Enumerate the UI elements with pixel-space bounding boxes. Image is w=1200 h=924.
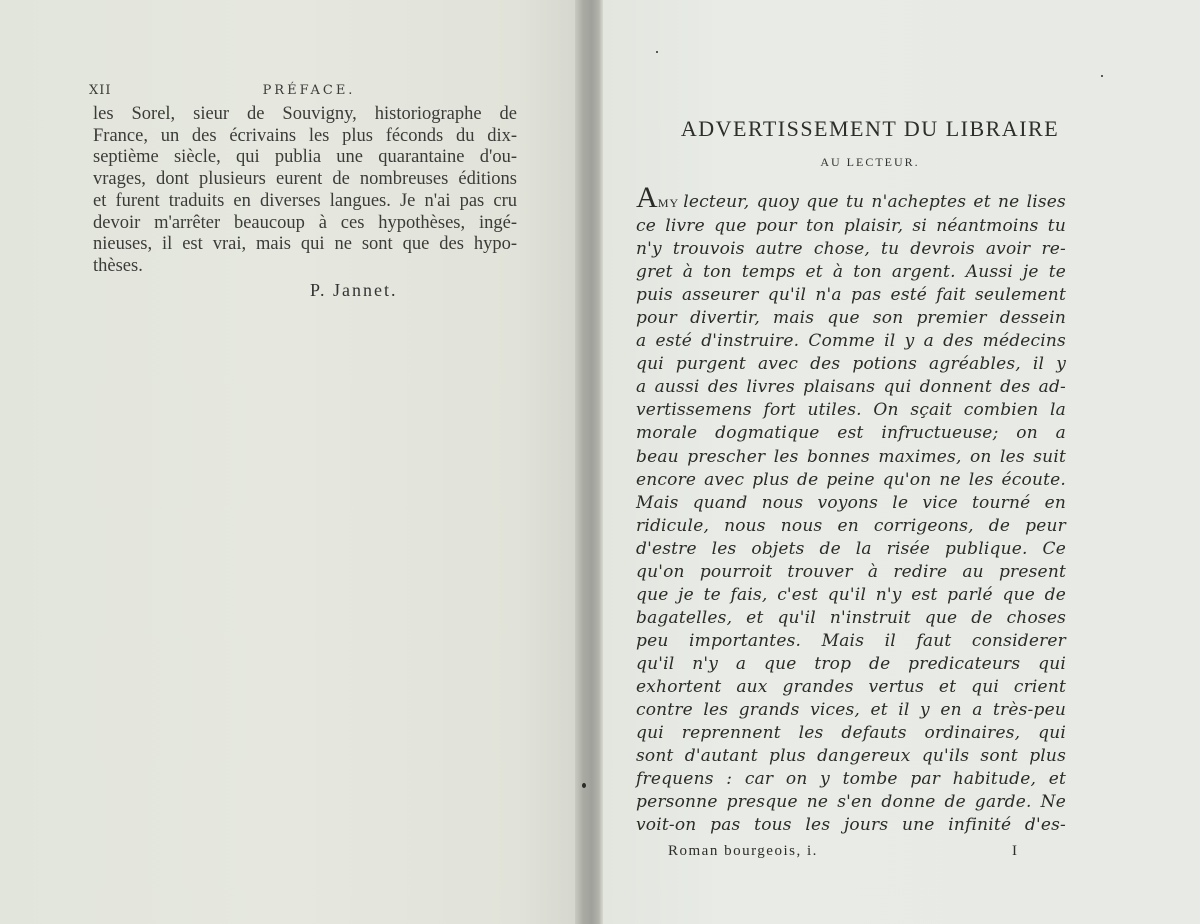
text-line: vertissemens fort utiles. On sçait combi…: [636, 399, 1066, 422]
text-line: vrages, dont plusieurs eurent de nombreu…: [93, 169, 517, 191]
text-line: a aussi des livres plaisans qui donnent …: [636, 376, 1066, 399]
text-line: n'y trouvois autre chose, tu devrois avo…: [636, 238, 1066, 261]
text-line: personne presque ne s'en donne de garde.…: [636, 791, 1066, 814]
preface-signature: P. Jannet.: [310, 280, 398, 301]
drop-cap: A: [636, 181, 658, 214]
paper-speck: [656, 51, 658, 53]
text-line: exhortent aux grandes vertus et qui crie…: [636, 676, 1066, 699]
running-head: XII PRÉFACE.: [89, 83, 529, 105]
text-line: frequens : car on y tombe par habitude, …: [636, 768, 1066, 791]
drop-cap-smallcaps: MY: [658, 196, 679, 210]
text-line: et furent traduits en diverses langues. …: [93, 191, 517, 213]
text-line: encore avec plus de peine qu'on ne les é…: [636, 469, 1066, 492]
running-head-title: PRÉFACE.: [89, 83, 529, 98]
book-spread: XII PRÉFACE. les Sorel, sieur de Souvign…: [0, 0, 1200, 924]
first-line-text: lecteur, quoy que tu n'achеptes et ne li…: [683, 192, 1066, 212]
text-line: peu importantes. Mais il faut considerer: [636, 630, 1066, 653]
text-line: qui purgent avec des potions agréables, …: [636, 353, 1066, 376]
text-line: gret à ton temps et à ton argent. Aussi …: [636, 261, 1066, 284]
paper-speck: [582, 783, 586, 788]
book-gutter: [575, 0, 603, 924]
text-line: bagatelles, et qu'il n'instruit que de c…: [636, 607, 1066, 630]
left-page-body: les Sorel, sieur de Souvigny, historiogr…: [93, 104, 517, 278]
paper-speck: [1101, 75, 1103, 77]
text-line: nieuses, il est vrai, mais qui ne sont q…: [93, 234, 517, 256]
signature-mark-number: I: [1012, 843, 1017, 860]
text-line: sont d'autant plus dangereux qu'ils sont…: [636, 745, 1066, 768]
text-line: voit-on pas tous les jours une infinité …: [636, 814, 1066, 837]
text-line-first: AMYlecteur, quoy que tu n'achеptes et ne…: [636, 188, 1066, 215]
text-line: thèses.: [93, 256, 517, 278]
chapter-title: ADVERTISSEMENT DU LIBRAIRE: [640, 116, 1100, 142]
text-line: pour divertir, mais que son premier dess…: [636, 307, 1066, 330]
text-line: devoir m'arrêter beaucoup à ces hypothès…: [93, 213, 517, 235]
text-line: morale dogmatique est infructueuse; on a: [636, 422, 1066, 445]
text-line: septième siècle, qui publia une quaranta…: [93, 147, 517, 169]
text-line: qu'on pourroit trouver à redire au prese…: [636, 561, 1066, 584]
signature-mark-title: Roman bourgeois, i.: [668, 843, 818, 860]
text-line: beau prescher les bonnes maximes, on les…: [636, 446, 1066, 469]
text-line: contre les grands vices, et il y en a tr…: [636, 699, 1066, 722]
text-line: qui reprennent les defauts ordinaires, q…: [636, 722, 1066, 745]
text-line: qu'il n'y a que trop de predicateurs qui: [636, 653, 1066, 676]
text-line: France, un des écrivains les plus fécond…: [93, 126, 517, 148]
text-line: Mais quand nous voyons le vice tourné en: [636, 492, 1066, 515]
text-line: ce livre que pour ton plaisir, si néantm…: [636, 215, 1066, 238]
text-line: a esté d'instruire. Comme il y a des méd…: [636, 330, 1066, 353]
chapter-subtitle: AU LECTEUR.: [640, 155, 1100, 170]
right-page-body: AMYlecteur, quoy que tu n'achеptes et ne…: [636, 188, 1066, 837]
text-line: puis asseurer qu'il n'a pas esté fait se…: [636, 284, 1066, 307]
text-line: que je te fais, c'est qu'il n'y est parl…: [636, 584, 1066, 607]
text-line: les Sorel, sieur de Souvigny, historiogr…: [93, 104, 517, 126]
text-line: ridicule, nous nous en corrigeons, de pe…: [636, 515, 1066, 538]
text-line: d'estre les objets de la risée publique.…: [636, 538, 1066, 561]
